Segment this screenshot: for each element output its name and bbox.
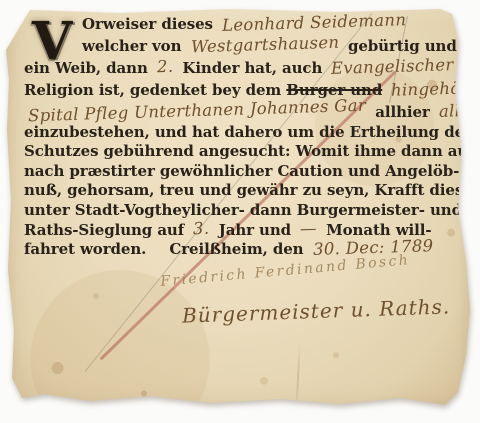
form-line-11: Raths-Sieglung auf 3. Jahr und — Monath … <box>24 220 448 239</box>
form-line-4: Religion ist, gedenket bey dem Burger un… <box>24 79 448 101</box>
form-line-5: Spital Pfleg Unterthanen Johannes Gar al… <box>24 101 448 123</box>
form-line-9: nuß, gehorsam, treu und gewähr zu seyn, … <box>24 181 448 200</box>
ornamental-initial-v: V <box>24 17 80 69</box>
printed-text: Orweiser dieses <box>82 15 213 33</box>
document-paper-wrap: V Orweiser dieses Leonhard Seidemann wel… <box>0 0 480 423</box>
printed-text: nach præstirter gewöhnlicher Caution und… <box>24 162 459 180</box>
printed-text: Schutzes gebührend angesucht: Womit ihme… <box>24 142 480 160</box>
printed-text: gebürtig und <box>348 37 457 55</box>
handwritten-months-dash: — <box>300 219 317 239</box>
form-text-block: V Orweiser dieses Leonhard Seidemann wel… <box>24 13 448 259</box>
document-paper: V Orweiser dieses Leonhard Seidemann wel… <box>0 0 480 423</box>
printed-text: nuß, gehorsam, treu und gewähr zu seyn, … <box>24 181 480 199</box>
handwritten-birthplace: Westgartshausen <box>190 32 339 59</box>
printed-text: Kinder hat, auch <box>182 59 322 77</box>
paper-crease <box>295 342 301 414</box>
printed-text: allhier <box>375 103 429 121</box>
form-line-8: nach præstirter gewöhnlicher Caution und… <box>24 162 448 181</box>
printed-place-date-label: Creilßheim, den <box>169 240 303 258</box>
form-line-7: Schutzes gebührend angesucht: Womit ihme… <box>24 142 448 161</box>
handwritten-correction: hingehörigen <box>391 76 480 102</box>
form-line-6: einzubestehen, und hat dahero um die Ert… <box>24 123 448 142</box>
form-line-3: ein Weib, dann 2. Kinder hat, auch Evang… <box>24 57 448 79</box>
printed-text: welcher von <box>82 37 181 55</box>
printed-text: fahret worden. <box>24 240 146 258</box>
handwritten-religion: Evangelischer <box>331 54 454 80</box>
printed-text: einzubestehen, und hat dahero um die Ert… <box>24 123 472 141</box>
handwritten-children-count: 2. <box>157 56 174 79</box>
form-line-2: welcher von Westgartshausen gebürtig und <box>24 35 448 57</box>
printed-text: Religion ist, gedenket bey dem <box>24 81 281 99</box>
printed-text: unter Stadt-Vogtheylicher- dann Burgerme… <box>24 201 462 219</box>
form-line-10: unter Stadt-Vogtheylicher- dann Burgerme… <box>24 201 448 220</box>
handwritten-text: alleda <box>439 99 480 123</box>
printed-text: Jahr und <box>219 221 291 239</box>
handwritten-years: 3. <box>193 219 210 239</box>
printed-text: Raths-Sieglung auf <box>24 221 184 239</box>
form-line-1: Orweiser dieses Leonhard Seidemann <box>24 13 448 35</box>
signature-title: Bürgermeister u. Raths. <box>182 294 451 327</box>
scan-background: V Orweiser dieses Leonhard Seidemann wel… <box>0 0 480 423</box>
